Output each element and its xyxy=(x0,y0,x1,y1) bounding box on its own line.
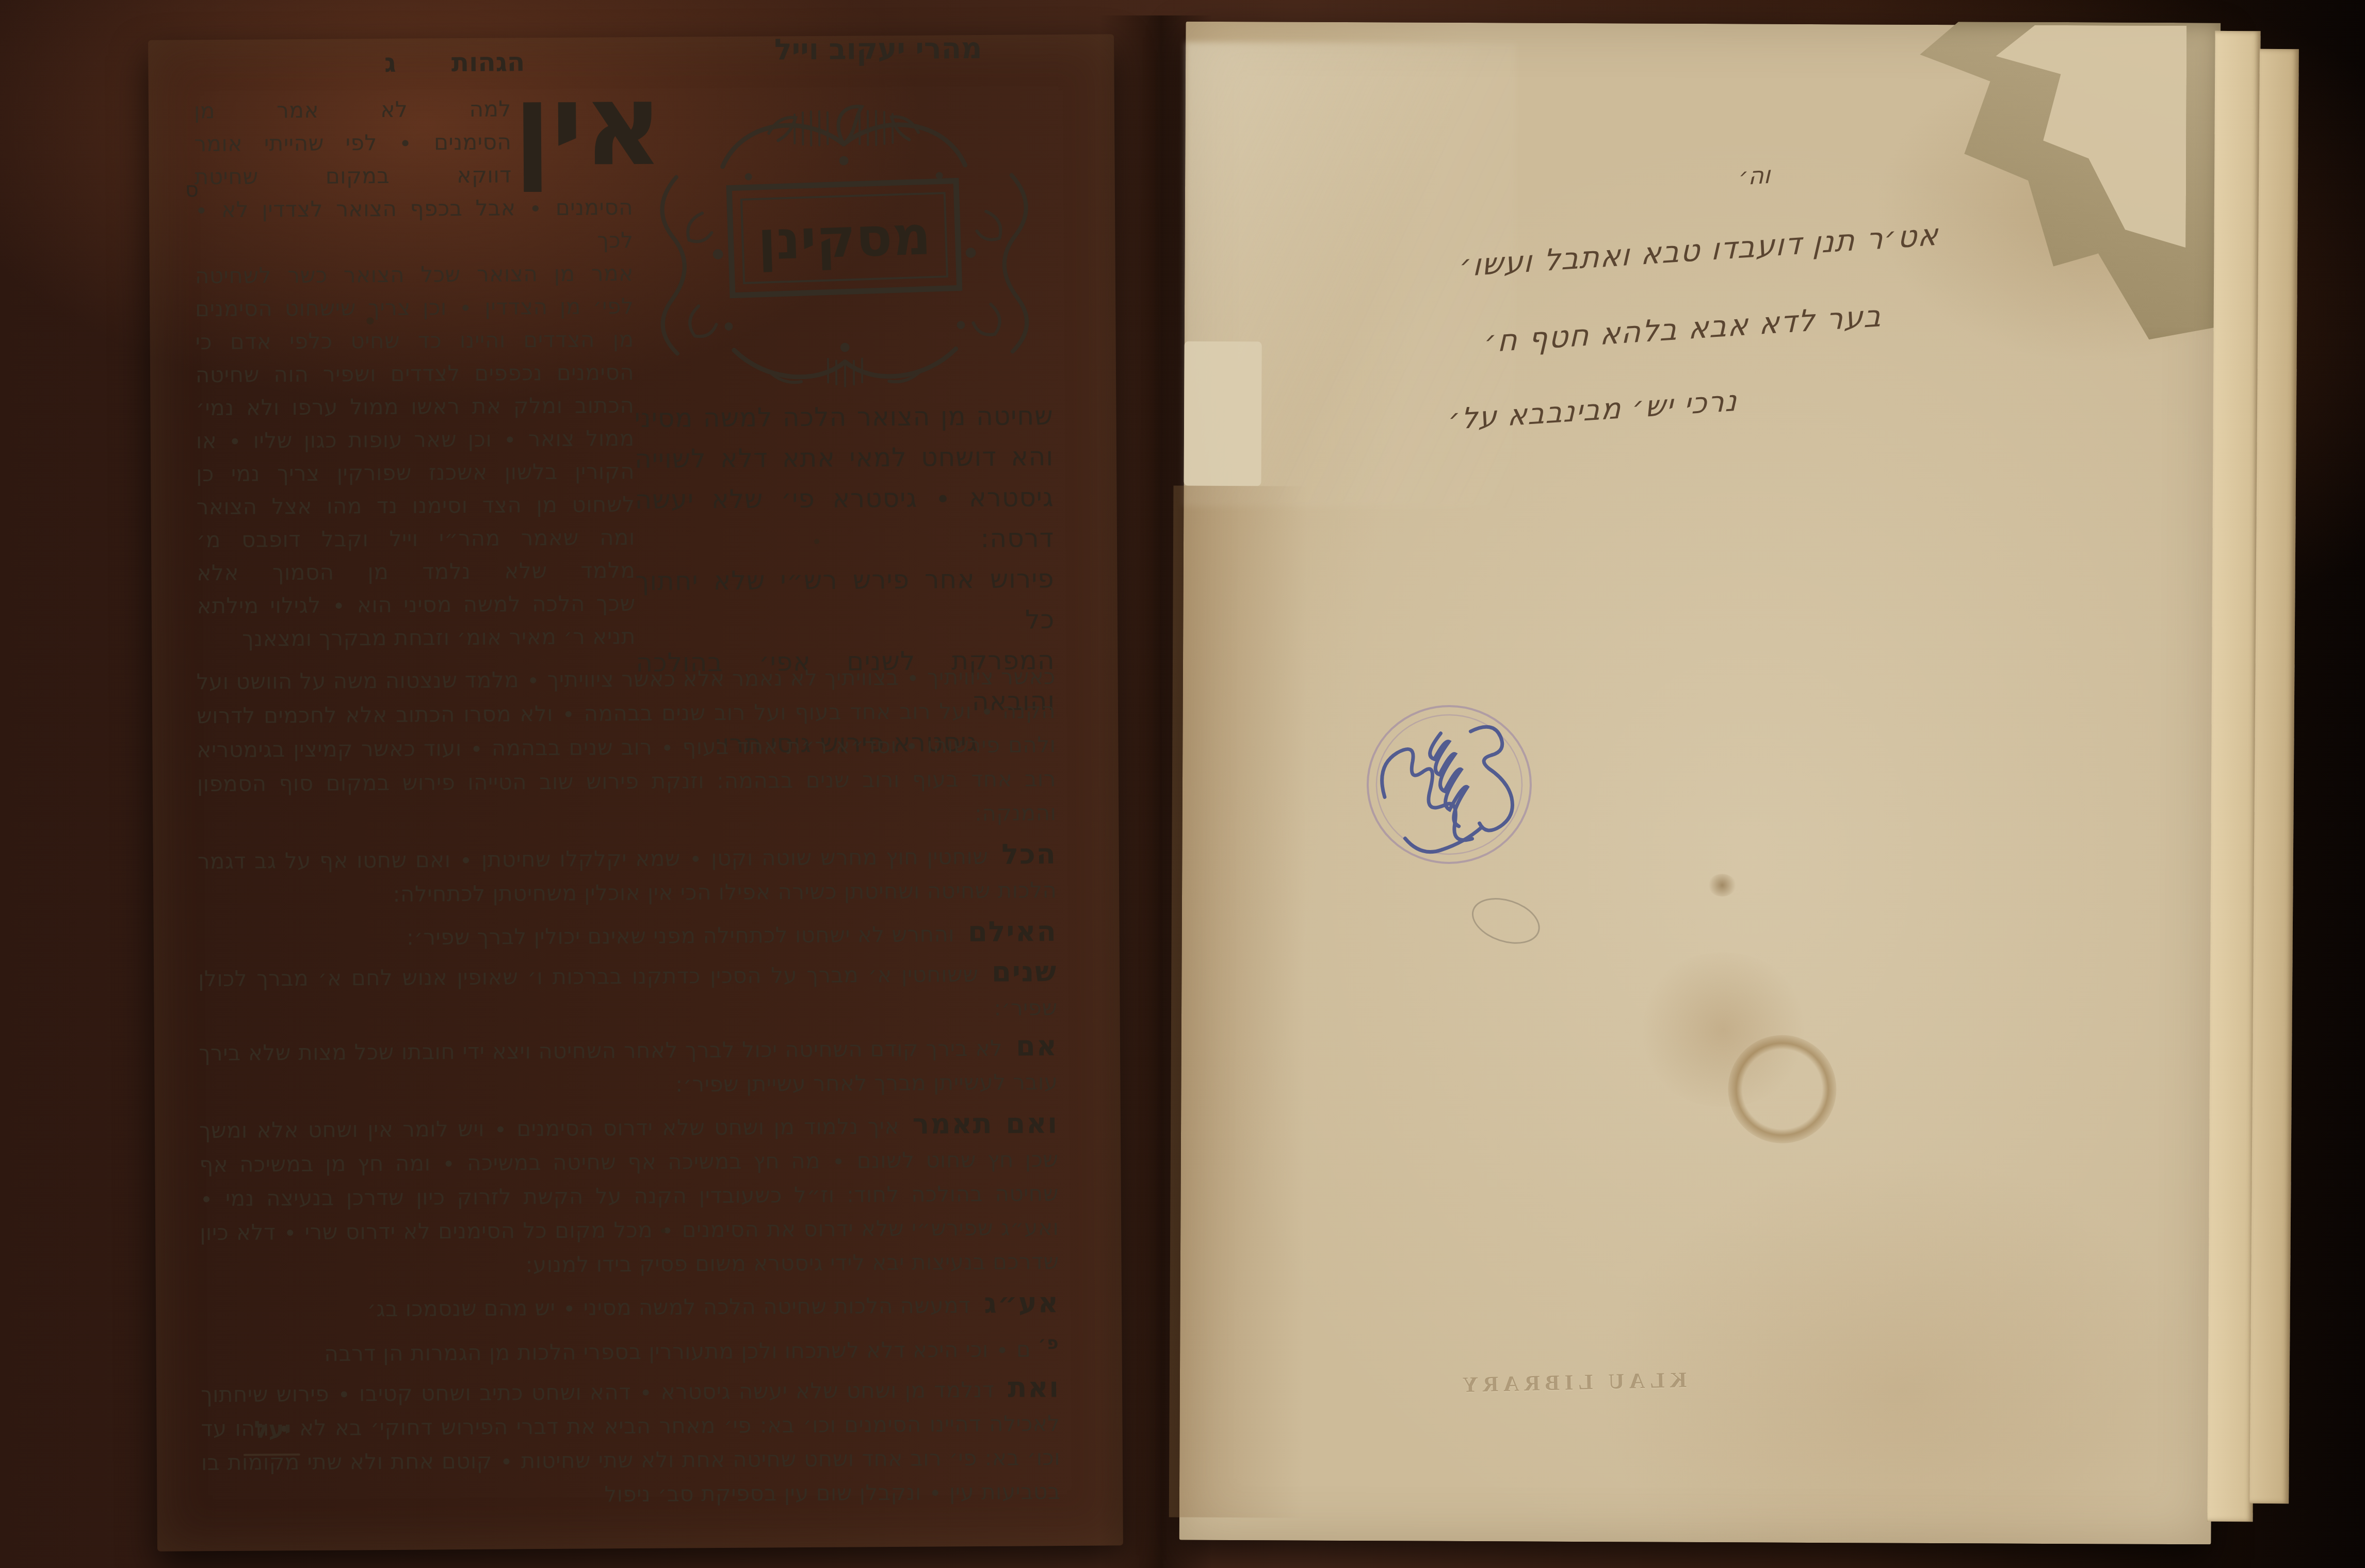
gloss-line: הסימנים ∙ לפי שהייתי אומר xyxy=(194,125,633,160)
gloss-line: מן הצדדים והיינו כד שחיט כלפי אדם כי xyxy=(195,323,634,358)
paragraph-keyword: ואת xyxy=(1008,1371,1060,1404)
gloss-line: למה לא אמר מן xyxy=(194,92,633,127)
gloss-line: ממול צואר ∙ וכן שאר עופות כגון שליו ∙ או xyxy=(196,422,635,458)
paragraph-keyword: הכל xyxy=(1001,838,1057,871)
paragraph-keyword: האילם xyxy=(968,915,1057,948)
cancellation-scribble-icon xyxy=(1382,726,1513,852)
stain-dot xyxy=(1708,874,1736,896)
cartouche-word: מסקינן xyxy=(757,204,932,272)
gloss-line: הכתוב ומלק את ראשו ממול ערפו ולא נמי׳ xyxy=(196,389,634,424)
stamp-icon xyxy=(1348,683,1550,891)
gloss-line: הקורין בלשון אשכנז שפורקין צריך נמי כן xyxy=(196,455,635,491)
paragraph-keyword: שנים xyxy=(992,955,1057,988)
wormhole xyxy=(366,317,374,324)
running-title: מהרי יעקוב וייל xyxy=(716,31,1041,67)
paragraph-keyword: פ׳ xyxy=(1038,1333,1060,1353)
pencil-oval-mark xyxy=(1466,890,1546,952)
paragraph-keyword: ואם תאמר xyxy=(913,1107,1059,1140)
wormhole xyxy=(661,1229,666,1233)
woodcut-ornament-frame: מסקינן xyxy=(640,82,1049,389)
gloss-column: למה לא אמר מן הסימנים ∙ לפי שהייתי אומר … xyxy=(194,92,636,656)
leaf-number: ג xyxy=(384,48,396,78)
paragraph-text: כאשר ציוויתיך ∙ בצוויתיך לא נאמר אלא כאש… xyxy=(197,664,1057,826)
gloss-line: הסימנים נכפפים לצדדים ושפיר הוה שחיטה xyxy=(196,356,634,391)
commentary-paragraph: שניםששוחטין א׳ מברך על הסכין כדתקנו בברכ… xyxy=(198,955,1058,1030)
book-scan: מהרי יעקוב וייל הגהות ג ס אין למה לא אמר… xyxy=(0,0,2365,1568)
paragraph-keyword: אע״ג xyxy=(984,1286,1059,1319)
commentary-block: כאשר ציוויתיך ∙ בצוויתיך לא נאמר אלא כאש… xyxy=(196,658,1060,1518)
paragraph-text: דמעשה הלכות שחיטה הלכה למשה מסיני ∙ יש מ… xyxy=(367,1293,970,1321)
gloss-line: אמר מן הצואר שכל הצואר כשר לשחיטה xyxy=(195,257,634,292)
paragraph-text: ם ∙ וכי היכא דלא לשתכחו ולכן מתעוררין בס… xyxy=(324,1336,1031,1366)
halacha-line: שחיטה מן הצואר הלכה למשה מסיני xyxy=(634,396,1053,439)
commentary-paragraph: אע״גדמעשה הלכות שחיטה הלכה למשה מסיני ∙ … xyxy=(200,1286,1059,1327)
halacha-line: והא דושחט למאי אתא דלא לשוייה xyxy=(635,436,1054,480)
commentary-paragraph: הכלשוחטין חוץ מחרש שוטה וקטן ∙ שמא יקלקל… xyxy=(198,837,1057,912)
water-stain xyxy=(1169,486,1308,1518)
paper-repair-patch xyxy=(1184,341,1262,486)
inscription-invocation: וה׳ xyxy=(1738,161,1771,191)
catchword-underline xyxy=(244,1453,300,1456)
wormhole xyxy=(814,539,819,544)
commentary-paragraph: כאשר ציוויתיך ∙ בצוויתיך לא נאמר אלא כאש… xyxy=(196,658,1056,835)
stain-blot xyxy=(1635,952,1811,1107)
woodcut-cartouche: מסקינן xyxy=(640,82,1049,391)
gloss-line: דווקא במקום שחיטת xyxy=(194,158,633,193)
commentary-paragraph: פ׳ם ∙ וכי היכא דלא לשתכחו ולכן מתעוררין … xyxy=(200,1326,1059,1371)
right-page: וה׳ אט׳ר תנן דועבדו טבא ואתבל ועשו׳ בער … xyxy=(1179,22,2218,1545)
catchword: יעל xyxy=(234,1415,311,1444)
commentary-paragraph: אםלא בירך קודם השחיטה יכול לברך לאחר השח… xyxy=(199,1029,1058,1104)
paragraph-text: ששוחטין א׳ מברך על הסכין כדתקנו בברכות ו… xyxy=(198,961,1058,1021)
section-header: הגהות ג xyxy=(349,47,525,78)
paragraph-text: והחרש לא ישחטו לכתחילה מפני שאינם יכולין… xyxy=(407,921,954,950)
halacha-line: גיסטרא ∙ גיסטרא פי׳ שלא יעשה דרסה: xyxy=(635,477,1054,561)
paragraph-text: לא בירך קודם השחיטה יכול לברך לאחר השחיט… xyxy=(199,1036,1058,1097)
paragraph-text: שוחטין חוץ מחרש שוטה וקטן ∙ שמא יקלקלו ש… xyxy=(198,844,1057,907)
gloss-line: ומה שאמר מהר״י וייל וקבל דופבס מ׳ xyxy=(197,521,635,557)
commentary-paragraph: ואתדנלמד מן ושחט שלא יעשה גיסטרא ∙ דהא ו… xyxy=(201,1370,1061,1514)
paragraph-text: דנלמד מן ושחט שלא יעשה גיסטרא ∙ דהא ושחט… xyxy=(201,1377,1060,1507)
paragraph-keyword: אם xyxy=(1016,1030,1058,1062)
blind-stamp-mirrored: KLAU LIBRARY xyxy=(1412,1367,1732,1399)
commentary-paragraph: ואם תאמראיך נלמוד מן ושחט שלא ידרוס הסימ… xyxy=(199,1106,1059,1284)
halacha-line: פירוש אחר פירש רש״י שלא יחתוך כל xyxy=(635,559,1055,643)
gloss-line: שכך הלכה למשה מסיני הוא ∙ לגילוי מילתא xyxy=(197,587,636,623)
gloss-line: תניא ר׳ מאיר אומ׳ וזבחת מבקרך ומצאנך xyxy=(197,620,636,656)
gloss-line: מלמד שלא נלמד מן הסמוך אלא xyxy=(197,554,635,590)
commentary-paragraph: האילםוהחרש לא ישחטו לכתחילה מפני שאינם י… xyxy=(198,914,1057,956)
left-page: מהרי יעקוב וייל הגהות ג ס אין למה לא אמר… xyxy=(148,34,1123,1551)
gloss-line: לשחוט מן הצד וסימנו נד מהו אצל הצואר xyxy=(196,488,635,524)
library-stamp-cancelled xyxy=(1348,683,1550,893)
gloss-line: הסימנים ∙ אבל בכפף הצואר לצדדין לא ∙ לכך xyxy=(195,191,634,259)
gloss-line: לפי׳ מן הצדדין ∙ וכן צריך שישחוט הסימנים xyxy=(195,290,634,325)
